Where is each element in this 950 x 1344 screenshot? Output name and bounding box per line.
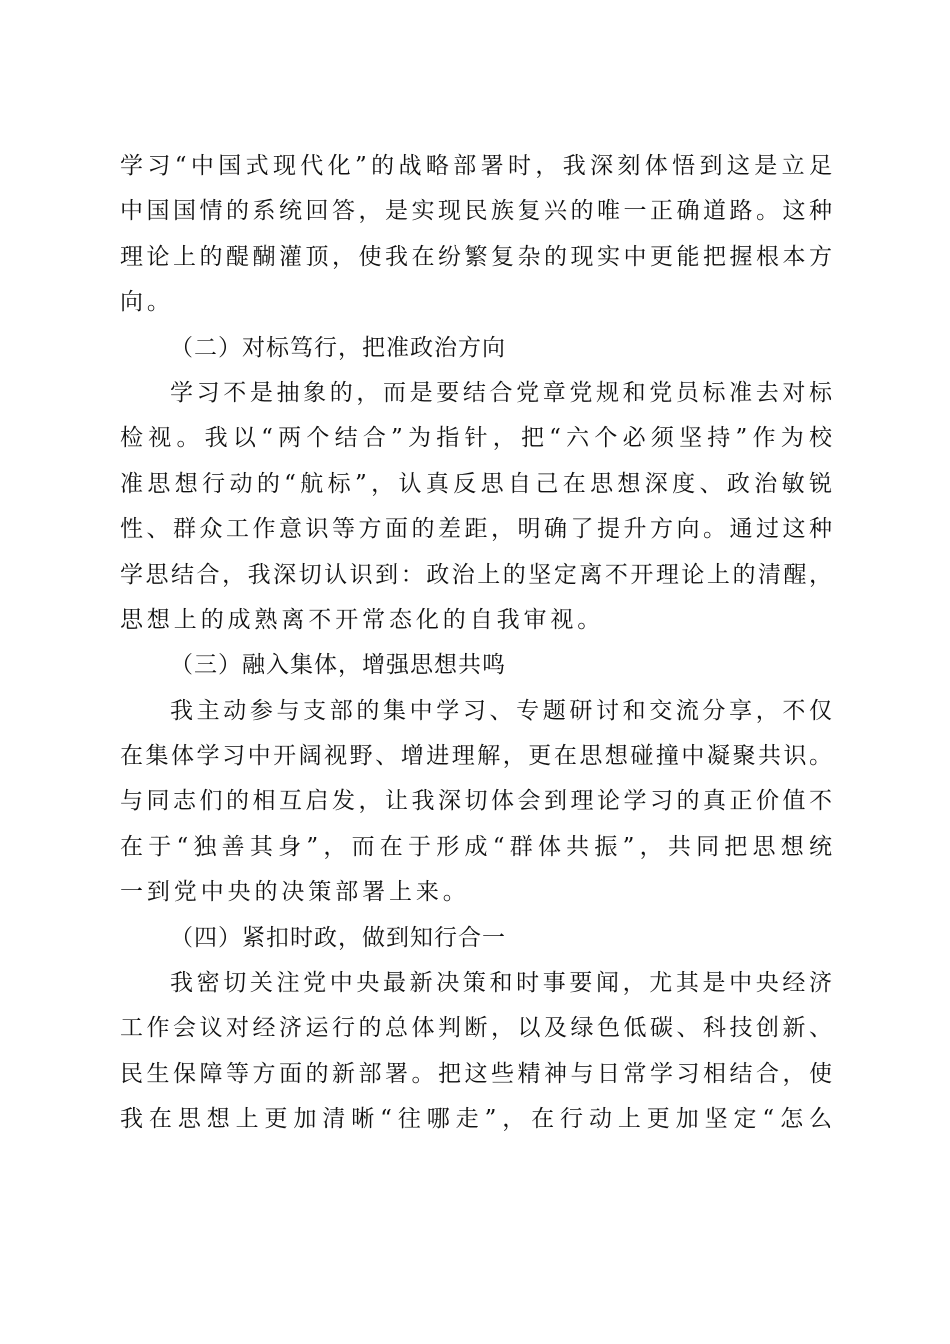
- paragraph-section-4: 我密切关注党中央最新决策和时事要闻，尤其是中央经济 工作会议对经济运行的总体判断…: [120, 961, 832, 1143]
- section-heading-2: （二）对标笃行，把准政治方向: [120, 326, 832, 371]
- text-line: 学思结合，我深切认识到：政治上的坚定离不开理论上的清醒，: [120, 553, 832, 598]
- text-line: 工作会议对经济运行的总体判断，以及绿色低碳、科技创新、: [120, 1006, 832, 1051]
- text-line: 在于“独善其身”，而在于形成“群体共振”，共同把思想统: [120, 825, 832, 870]
- paragraph-section-2: 学习不是抽象的，而是要结合党章党规和党员标准去对标 检视。我以“两个结合”为指针…: [120, 371, 832, 643]
- text-line: 我在思想上更加清晰“往哪走”，在行动上更加坚定“怎么: [120, 1097, 832, 1142]
- section-heading-3: （三）融入集体，增强思想共鸣: [120, 643, 832, 688]
- text-line: 与同志们的相互启发，让我深切体会到理论学习的真正价值不: [120, 779, 832, 824]
- text-line: 思想上的成熟离不开常态化的自我审视。: [120, 598, 832, 643]
- text-line: 在集体学习中开阔视野、增进理解，更在思想碰撞中凝聚共识。: [120, 734, 832, 779]
- text-line: 性、群众工作意识等方面的差距，明确了提升方向。通过这种: [120, 507, 832, 552]
- paragraph-continuation: 学习“中国式现代化”的战略部署时，我深刻体悟到这是立足 中国国情的系统回答，是实…: [120, 144, 832, 326]
- text-line: 学习“中国式现代化”的战略部署时，我深刻体悟到这是立足: [120, 144, 832, 189]
- text-line: 我密切关注党中央最新决策和时事要闻，尤其是中央经济: [120, 961, 832, 1006]
- text-line: 向。: [120, 280, 832, 325]
- section-heading-4: （四）紧扣时政，做到知行合一: [120, 916, 832, 961]
- text-line: 理论上的醍醐灌顶，使我在纷繁复杂的现实中更能把握根本方: [120, 235, 832, 280]
- text-line: 我主动参与支部的集中学习、专题研讨和交流分享，不仅: [120, 689, 832, 734]
- document-page: 学习“中国式现代化”的战略部署时，我深刻体悟到这是立足 中国国情的系统回答，是实…: [120, 144, 832, 1143]
- text-line: 民生保障等方面的新部署。把这些精神与日常学习相结合，使: [120, 1052, 832, 1097]
- text-line: 一到党中央的决策部署上来。: [120, 870, 832, 915]
- text-line: 检视。我以“两个结合”为指针，把“六个必须坚持”作为校: [120, 416, 832, 461]
- text-line: 中国国情的系统回答，是实现民族复兴的唯一正确道路。这种: [120, 189, 832, 234]
- paragraph-section-3: 我主动参与支部的集中学习、专题研讨和交流分享，不仅 在集体学习中开阔视野、增进理…: [120, 689, 832, 916]
- text-line: 准思想行动的“航标”，认真反思自己在思想深度、政治敏锐: [120, 462, 832, 507]
- text-line: 学习不是抽象的，而是要结合党章党规和党员标准去对标: [120, 371, 832, 416]
